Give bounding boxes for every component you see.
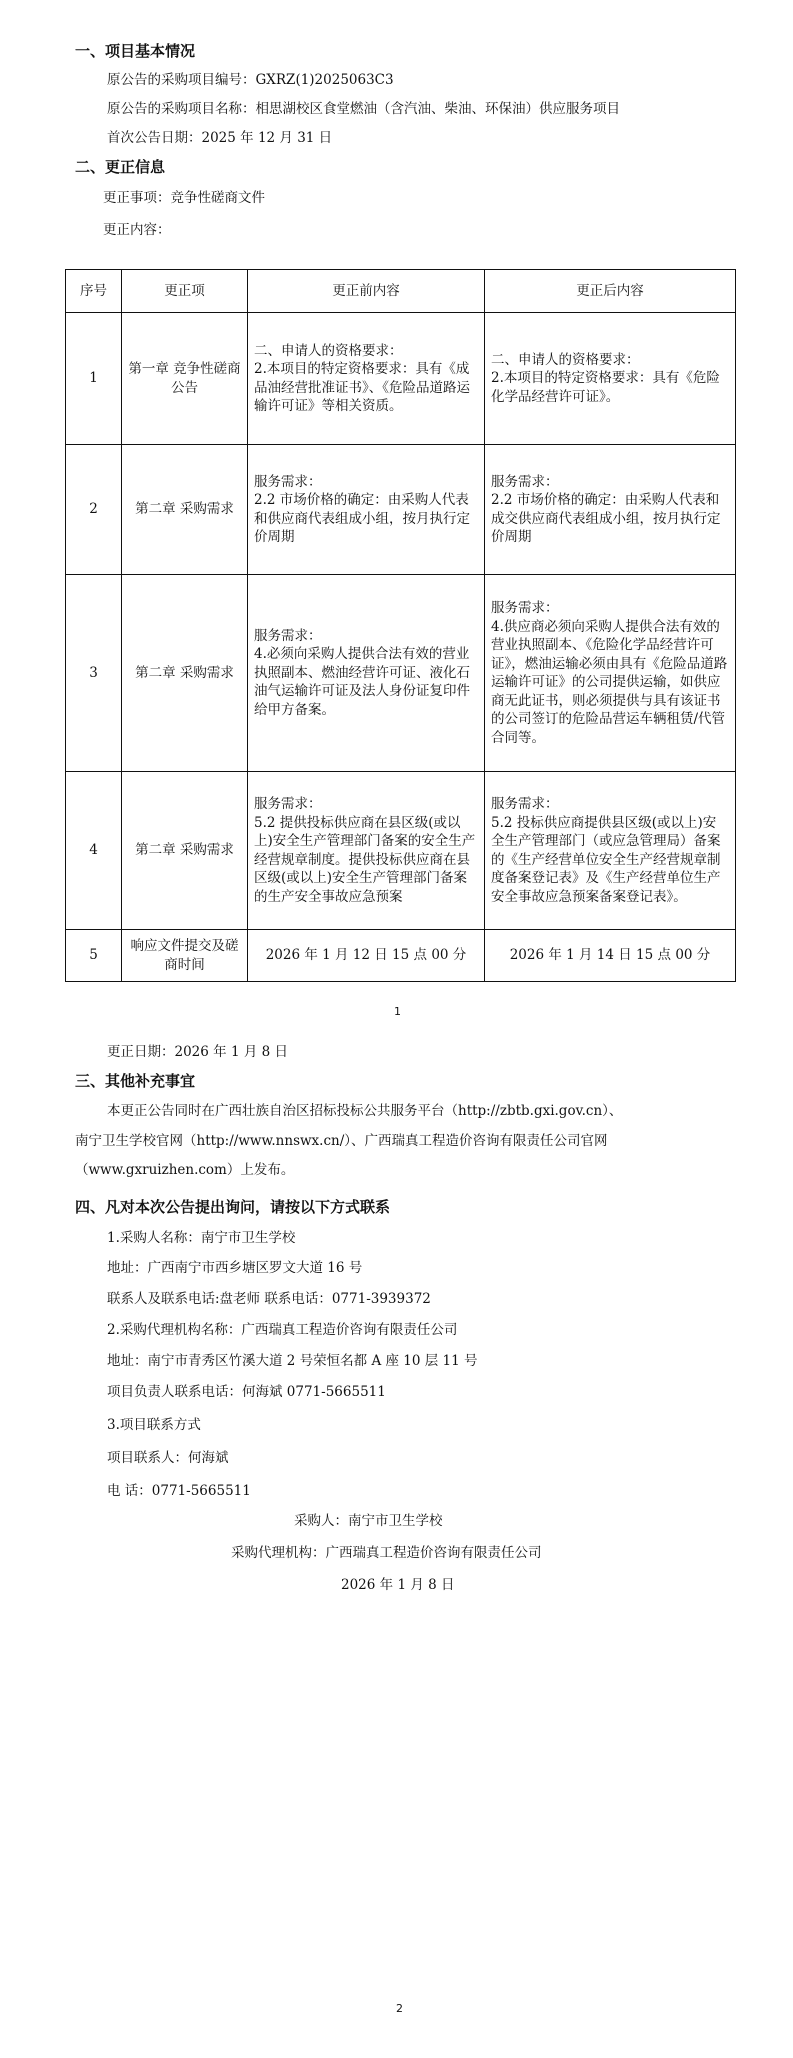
- project-contact-person: 项目联系人：何海斌: [107, 1448, 229, 1468]
- first-notice-date: 首次公告日期：2025 年 12 月 31 日: [107, 128, 332, 148]
- section-heading-contact: 四、凡对本次公告提出询问，请按以下方式联系: [75, 1197, 390, 1217]
- purchaser-contact: 联系人及联系电话:盘老师 联系电话：0771-3939372: [107, 1289, 431, 1309]
- cell-item: 第二章 采购需求: [122, 772, 248, 930]
- table-row: 1 第一章 竞争性磋商公告 二、申请人的资格要求： 2.本项目的特定资格要求：具…: [66, 313, 736, 445]
- cell-before: 服务需求： 5.2 提供投标供应商在县区级(或以上)安全生产管理部门备案的安全生…: [248, 772, 485, 930]
- cell-before: 服务需求： 2.2 市场价格的确定：由采购人代表和供应商代表组成小组，按月执行定…: [248, 445, 485, 575]
- correction-table: 序号 更正项 更正前内容 更正后内容 1 第一章 竞争性磋商公告 二、申请人的资…: [65, 269, 736, 982]
- cell-no: 5: [66, 930, 122, 982]
- purchaser-address: 地址：广西南宁市西乡塘区罗文大道 16 号: [107, 1258, 362, 1278]
- publish-line-2: 南宁卫生学校官网（http://www.nnswx.cn/）、广西瑞真工程造价咨…: [75, 1131, 608, 1151]
- project-name: 原公告的采购项目名称：相思湖校区食堂燃油（含汽油、柴油、环保油）供应服务项目: [107, 99, 620, 119]
- cell-after: 二、申请人的资格要求： 2.本项目的特定资格要求：具有《危险化学品经营许可证》。: [485, 313, 736, 445]
- section-heading-correction-info: 二、更正信息: [75, 157, 165, 177]
- cell-no: 2: [66, 445, 122, 575]
- correction-date: 更正日期：2026 年 1 月 8 日: [107, 1042, 288, 1062]
- cell-after: 2026 年 1 月 14 日 15 点 00 分: [485, 930, 736, 982]
- signature-purchaser: 采购人：南宁市卫生学校: [294, 1511, 443, 1531]
- header-after: 更正后内容: [485, 270, 736, 313]
- cell-after: 服务需求： 5.2 投标供应商提供县区级(或以上)安全生产管理部门（或应急管理局…: [485, 772, 736, 930]
- cell-item: 第一章 竞争性磋商公告: [122, 313, 248, 445]
- agency-address: 地址：南宁市青秀区竹溪大道 2 号荣恒名都 A 座 10 层 11 号: [107, 1351, 478, 1371]
- table-header-row: 序号 更正项 更正前内容 更正后内容: [66, 270, 736, 313]
- cell-no: 1: [66, 313, 122, 445]
- cell-after: 服务需求： 2.2 市场价格的确定：由采购人代表和成交供应商代表组成小组，按月执…: [485, 445, 736, 575]
- correction-content-label: 更正内容：: [103, 220, 171, 240]
- cell-after: 服务需求： 4.供应商必须向采购人提供合法有效的营业执照副本、《危险化学品经营许…: [485, 575, 736, 772]
- table-row: 3 第二章 采购需求 服务需求： 4.必须向采购人提供合法有效的营业执照副本、燃…: [66, 575, 736, 772]
- publish-line-1: 本更正公告同时在广西壮族自治区招标投标公共服务平台（http://zbtb.gx…: [107, 1101, 622, 1121]
- cell-item: 响应文件提交及磋商时间: [122, 930, 248, 982]
- agency-name: 2.采购代理机构名称：广西瑞真工程造价咨询有限责任公司: [107, 1320, 457, 1340]
- cell-before: 服务需求： 4.必须向采购人提供合法有效的营业执照副本、燃油经营许可证、液化石油…: [248, 575, 485, 772]
- signature-agency: 采购代理机构：广西瑞真工程造价咨询有限责任公司: [231, 1543, 542, 1563]
- table-row: 2 第二章 采购需求 服务需求： 2.2 市场价格的确定：由采购人代表和供应商代…: [66, 445, 736, 575]
- table-row: 5 响应文件提交及磋商时间 2026 年 1 月 12 日 15 点 00 分 …: [66, 930, 736, 982]
- cell-no: 4: [66, 772, 122, 930]
- page-number-2: 2: [396, 2002, 403, 2015]
- section-heading-basic-info: 一、项目基本情况: [75, 41, 195, 61]
- project-contact-phone: 电 话：0771-5665511: [107, 1481, 251, 1501]
- header-no: 序号: [66, 270, 122, 313]
- publish-line-3: （www.gxruizhen.com）上发布。: [75, 1160, 294, 1180]
- table-row: 4 第二章 采购需求 服务需求： 5.2 提供投标供应商在县区级(或以上)安全生…: [66, 772, 736, 930]
- purchaser-name: 1.采购人名称：南宁市卫生学校: [107, 1228, 295, 1248]
- signature-date: 2026 年 1 月 8 日: [341, 1575, 455, 1595]
- cell-before: 二、申请人的资格要求： 2.本项目的特定资格要求：具有《成品油经营批准证书》、《…: [248, 313, 485, 445]
- section-heading-supplementary: 三、其他补充事宜: [75, 1071, 195, 1091]
- cell-before: 2026 年 1 月 12 日 15 点 00 分: [248, 930, 485, 982]
- cell-item: 第二章 采购需求: [122, 575, 248, 772]
- page-number-1: 1: [394, 1005, 401, 1018]
- cell-item: 第二章 采购需求: [122, 445, 248, 575]
- header-item: 更正项: [122, 270, 248, 313]
- correction-matter: 更正事项：竞争性磋商文件: [103, 188, 265, 208]
- agency-contact: 项目负责人联系电话：何海斌 0771-5665511: [107, 1382, 386, 1402]
- cell-no: 3: [66, 575, 122, 772]
- project-contact-title: 3.项目联系方式: [107, 1415, 201, 1435]
- header-before: 更正前内容: [248, 270, 485, 313]
- project-number: 原公告的采购项目编号：GXRZ(1)2025063C3: [107, 70, 394, 90]
